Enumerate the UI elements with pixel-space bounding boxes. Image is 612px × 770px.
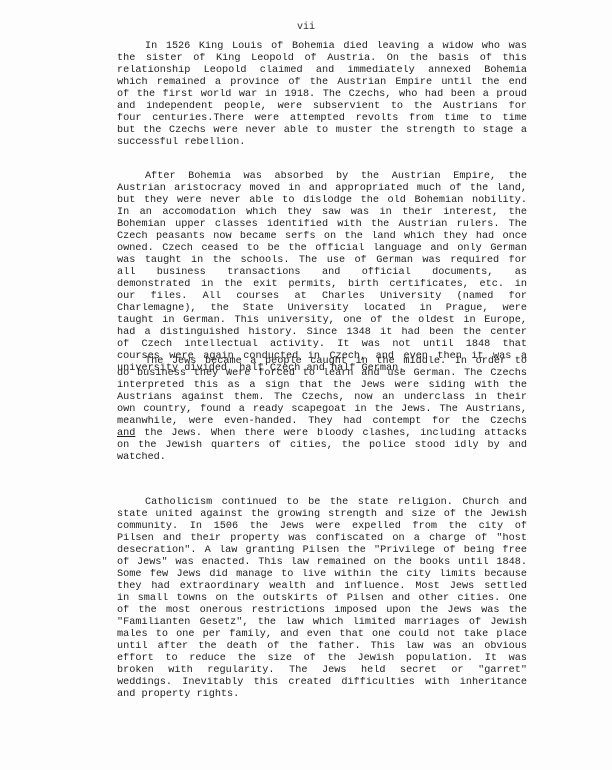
text-line: Austrians against them. The Czechs, now … [117, 392, 527, 404]
text-line: owned. Czech ceased to be the official l… [117, 243, 527, 255]
paragraph-1: In 1526 King Louis of Bohemia died leavi… [117, 41, 527, 149]
text-line: and property rights. [117, 689, 527, 701]
text-line: and the Jews. When there were bloody cla… [117, 428, 527, 440]
text-line: the sister of King Leopold of Austria. O… [117, 53, 527, 65]
text-line: Some few Jews did manage to live within … [117, 569, 527, 581]
text-line: do business they were forced to learn an… [117, 368, 527, 380]
text-line: our files. All courses at Charles Univer… [117, 291, 527, 303]
text-line: taught in German. This university, one o… [117, 315, 527, 327]
paragraph-4: Catholicism continued to be the state re… [117, 497, 527, 701]
text-line: The Jews became a people caught in the m… [117, 356, 527, 368]
text-line: of the most onerous restrictions imposed… [117, 605, 527, 617]
text-line: After Bohemia was absorbed by the Austri… [117, 171, 527, 183]
text-line: Charlemagne), the State University locat… [117, 303, 527, 315]
text-line: had a distinguished history. Since 1348 … [117, 327, 527, 339]
text-line: in small towns on the outskirts of Pilse… [117, 593, 527, 605]
text-line: relationship Leopold claimed and immedia… [117, 65, 527, 77]
page-number: vii [0, 22, 612, 33]
text-line: desecration". A law granting Pilsen the … [117, 545, 527, 557]
text-line: Czech peasants now became serfs on the l… [117, 231, 527, 243]
text-line: watched. [117, 452, 527, 464]
text-line: of Czech intellectual activity. It was n… [117, 339, 527, 351]
text-line: interpreted this as a sign that the Jews… [117, 380, 527, 392]
document-page: vii In 1526 King Louis of Bohemia died l… [0, 0, 612, 770]
text-line: Catholicism continued to be the state re… [117, 497, 527, 509]
text-line: all business transactions and official d… [117, 267, 527, 279]
text-line: and independent people, were subservient… [117, 101, 527, 113]
text-line: demonstrated in the exit permits, birth … [117, 279, 527, 291]
text-line: state united against the growing strengt… [117, 509, 527, 521]
paragraph-3: The Jews became a people caught in the m… [117, 356, 527, 464]
text-line: Austrian aristocracy moved in and approp… [117, 183, 527, 195]
text-line: Pilsen and their property was confiscate… [117, 533, 527, 545]
text-line: but they were never able to dislodge the… [117, 195, 527, 207]
text-line: own country, found a ready scapegoat in … [117, 404, 527, 416]
text-line: was taught in the schools. The use of Ge… [117, 255, 527, 267]
text-line: they had extraordinary wealth and influe… [117, 581, 527, 593]
text-line: of Jews" was enacted. This law remained … [117, 557, 527, 569]
text-line: effort to reduce the size of the Jewish … [117, 653, 527, 665]
text-line: In an accomodation which they saw was in… [117, 207, 527, 219]
text-line: "Familianten Gesetz", the law which limi… [117, 617, 527, 629]
text-line: on the Jewish quarters of cities, the po… [117, 440, 527, 452]
paragraph-2: After Bohemia was absorbed by the Austri… [117, 171, 527, 375]
text-line: but the Czechs were never able to muster… [117, 125, 527, 137]
text-line: successful rebellion. [117, 137, 527, 149]
text-line: males to one per family, and even that o… [117, 629, 527, 641]
text-line: until after the death of the father. Thi… [117, 641, 527, 653]
text-line: four centuries.There were attempted revo… [117, 113, 527, 125]
text-line: which remained a province of the Austria… [117, 77, 527, 89]
text-line: Bohemian upper classes identified with t… [117, 219, 527, 231]
text-line: broken with regularity. The Jews held se… [117, 665, 527, 677]
underlined-word: and [117, 428, 135, 439]
text-line: of the first world war in 1918. The Czec… [117, 89, 527, 101]
text-line: community. In 1506 the Jews were expelle… [117, 521, 527, 533]
text-line: meanwhile, were even-handed. They had co… [117, 416, 527, 428]
text-line: weddings. Inevitably this created diffic… [117, 677, 527, 689]
text-line: In 1526 King Louis of Bohemia died leavi… [117, 41, 527, 53]
